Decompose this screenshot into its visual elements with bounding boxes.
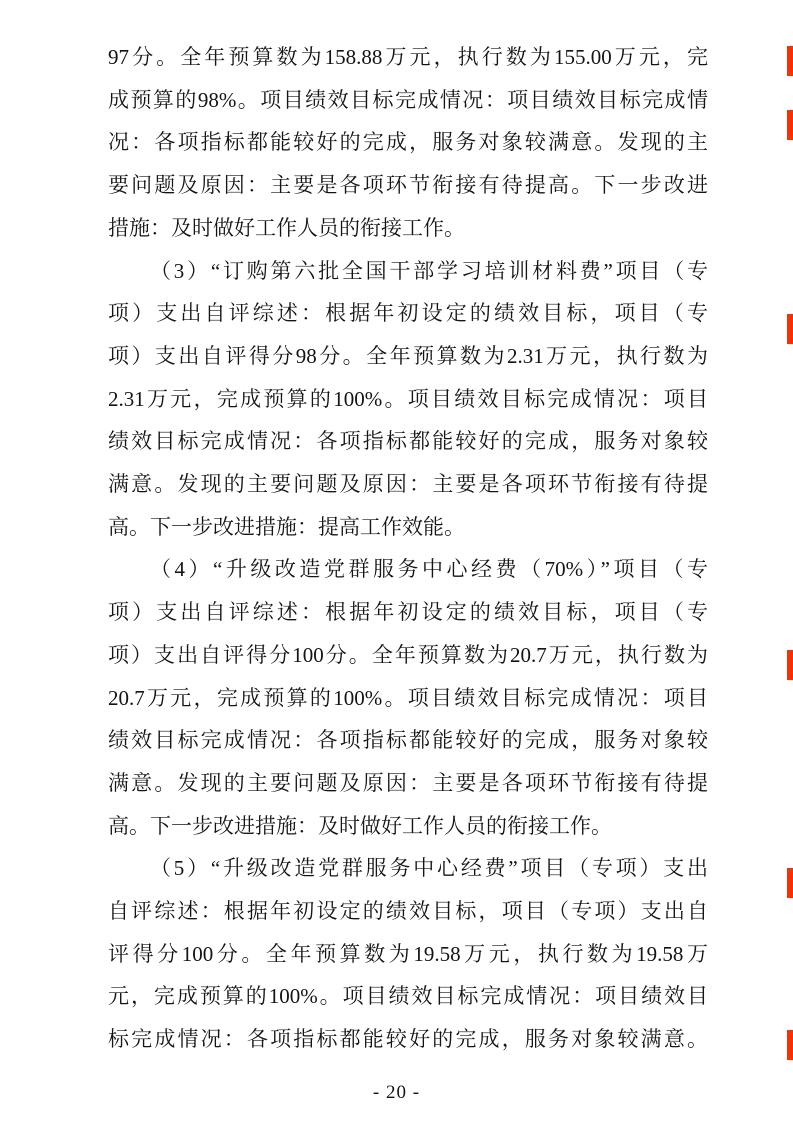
paragraph-continuation: 97分。全年预算数为158.88万元，执行数为155.00万元，完 成预算的98… [108, 36, 708, 250]
text-line: 要问题及原因：主要是各项环节衔接有待提高。下一步改进 [108, 164, 708, 207]
paragraph-item-3: （3）“订购第六批全国干部学习培训材料费”项目（专 项）支出自评综述：根据年初设… [108, 250, 708, 549]
text-line: 况：各项指标都能较好的完成，服务对象较满意。发现的主 [108, 121, 708, 164]
text-line: 20.7万元，完成预算的100%。项目绩效目标完成情况：项目 [108, 677, 708, 720]
edge-mark [787, 110, 793, 140]
edge-mark [787, 868, 793, 898]
text-line: 项）支出自评得分98分。全年预算数为2.31万元，执行数为 [108, 335, 708, 378]
text-line: 高。下一步改进措施：及时做好工作人员的衔接工作。 [108, 805, 708, 848]
text-line: 97分。全年预算数为158.88万元，执行数为155.00万元，完 [108, 36, 708, 79]
edge-mark [787, 1030, 793, 1060]
text-line: 项）支出自评得分100分。全年预算数为20.7万元，执行数为 [108, 634, 708, 677]
text-line: 项）支出自评综述：根据年初设定的绩效目标，项目（专 [108, 591, 708, 634]
text-line: （5）“升级改造党群服务中心经费”项目（专项）支出 [108, 847, 708, 890]
text-line: 成预算的98%。项目绩效目标完成情况：项目绩效目标完成情 [108, 79, 708, 122]
edge-mark [787, 314, 793, 344]
text-line: 满意。发现的主要问题及原因：主要是各项环节衔接有待提 [108, 463, 708, 506]
edge-mark [787, 46, 793, 76]
text-line: 自评综述：根据年初设定的绩效目标，项目（专项）支出自 [108, 890, 708, 933]
text-line: 项）支出自评综述：根据年初设定的绩效目标，项目（专 [108, 292, 708, 335]
text-line: 元，完成预算的100%。项目绩效目标完成情况：项目绩效目 [108, 975, 708, 1018]
paragraph-item-5: （5）“升级改造党群服务中心经费”项目（专项）支出 自评综述：根据年初设定的绩效… [108, 847, 708, 1061]
text-line: 满意。发现的主要问题及原因：主要是各项环节衔接有待提 [108, 762, 708, 805]
document-page: 97分。全年预算数为158.88万元，执行数为155.00万元，完 成预算的98… [0, 0, 793, 1122]
text-line: 2.31万元，完成预算的100%。项目绩效目标完成情况：项目 [108, 378, 708, 421]
text-line: 评得分100分。全年预算数为19.58万元，执行数为19.58万 [108, 933, 708, 976]
page-number: - 20 - [0, 1082, 793, 1104]
paragraph-item-4: （4）“升级改造党群服务中心经费（70%）”项目（专 项）支出自评综述：根据年初… [108, 548, 708, 847]
text-line: 高。下一步改进措施：提高工作效能。 [108, 506, 708, 549]
text-line: 绩效目标完成情况：各项指标都能较好的完成，服务对象较 [108, 420, 708, 463]
text-line: 绩效目标完成情况：各项指标都能较好的完成，服务对象较 [108, 719, 708, 762]
text-line: （4）“升级改造党群服务中心经费（70%）”项目（专 [108, 548, 708, 591]
text-line: （3）“订购第六批全国干部学习培训材料费”项目（专 [108, 250, 708, 293]
document-body: 97分。全年预算数为158.88万元，执行数为155.00万元，完 成预算的98… [108, 36, 708, 1061]
text-line: 措施：及时做好工作人员的衔接工作。 [108, 207, 708, 250]
text-line: 标完成情况：各项指标都能较好的完成，服务对象较满意。 [108, 1018, 708, 1061]
edge-mark [787, 650, 793, 680]
